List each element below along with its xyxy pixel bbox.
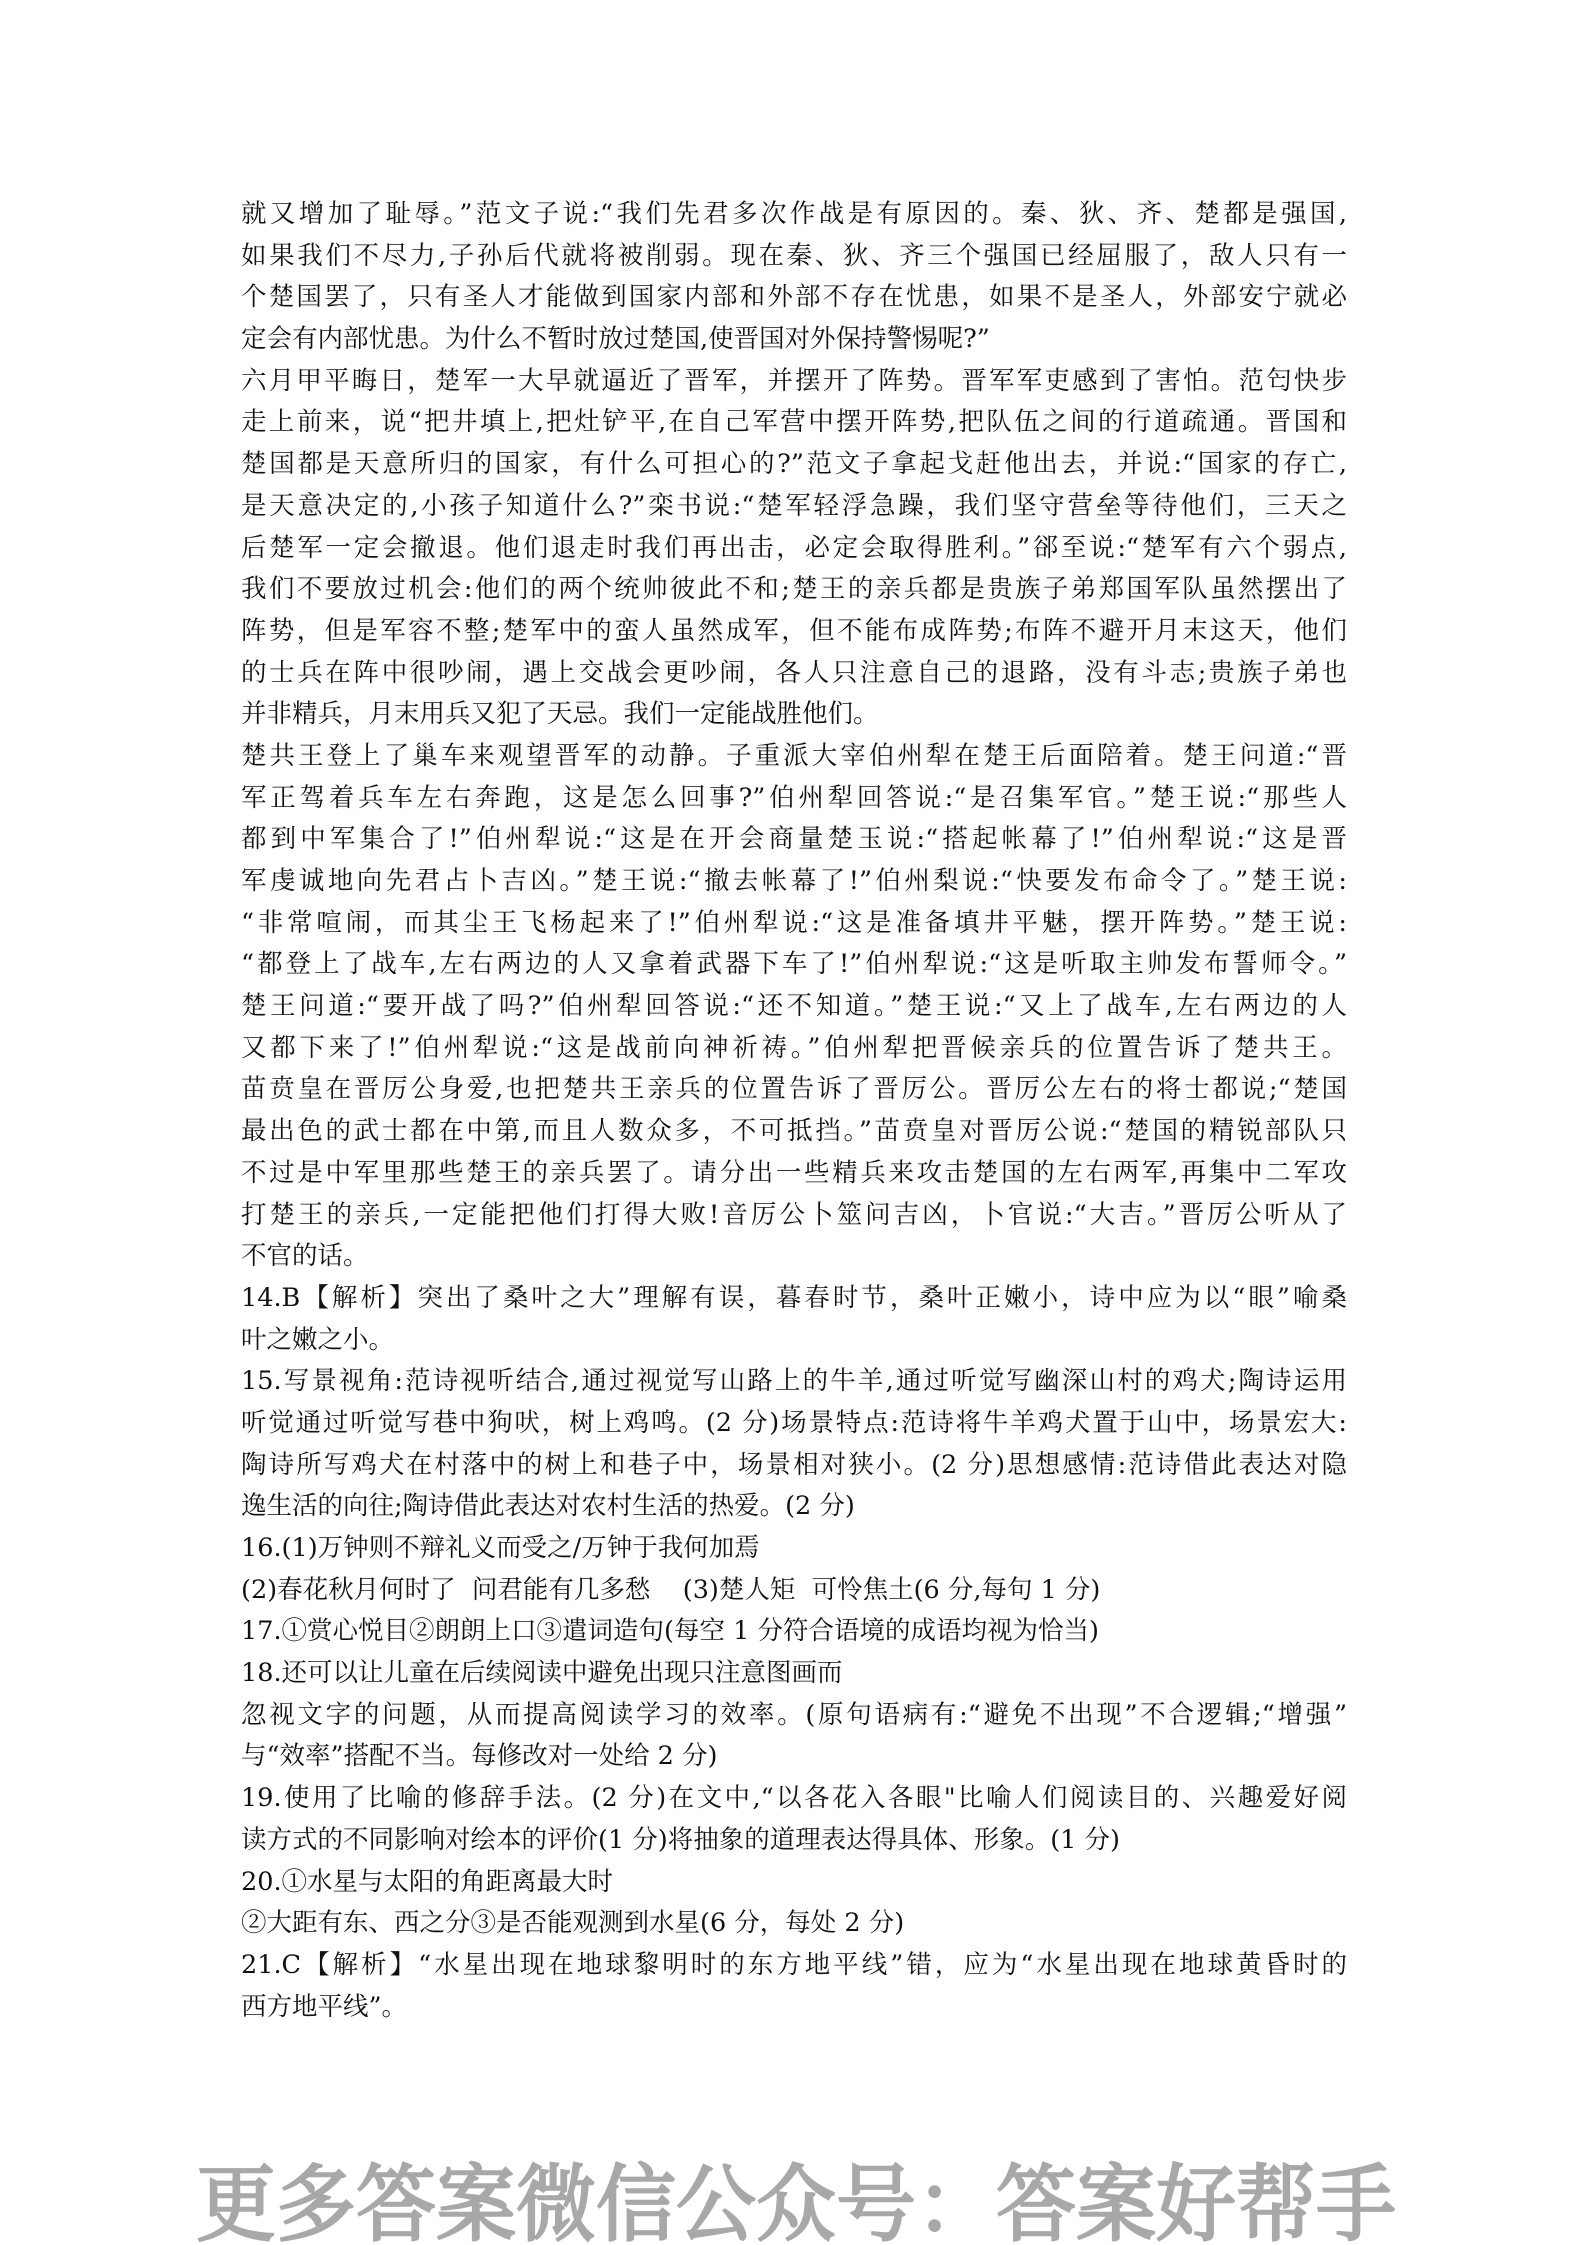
- text-line-5: 六月甲平晦日，楚军一大早就逼近了晋军，并摆开了阵势。晋军军吏感到了害怕。范匄快步: [241, 361, 1347, 403]
- answer-19-cont: 读方式的不同影响对绘本的评价(1 分)将抽象的道理表达得具体、形象。(1 分): [241, 1820, 1347, 1862]
- text-line-6: 走上前来，说“把井填上,把灶铲平,在自己军营中摆开阵势,把队伍之间的行道疏通。晋…: [241, 402, 1347, 444]
- text-line-23: 最出色的武士都在中第,而且人数众多，不可抵挡。”苗贲皇对晋厉公说:“楚国的精锐部…: [241, 1111, 1347, 1153]
- text-line-16: 都到中军集合了!”伯州犁说:“这是在开会商量楚玉说:“搭起帐幕了!”伯州犁说:“…: [241, 819, 1347, 861]
- text-line-22: 苗贲皇在晋厉公身爱,也把楚共王亲兵的位置告诉了晋厉公。晋厉公左右的将士都说;“楚…: [241, 1069, 1347, 1111]
- text-line-8: 是天意决定的,小孩子知道什么?”栾书说:“楚军轻浮急躁，我们坚守营垒等待他们，三…: [241, 486, 1347, 528]
- text-line-11: 阵势，但是军容不整;楚军中的蛮人虽然成军，但不能布成阵势;布阵不避开月末这天，他…: [241, 611, 1347, 653]
- answer-17: 17.①赏心悦目②朗朗上口③遣词造句(每空 1 分符合语境的成语均视为恰当): [241, 1611, 1347, 1653]
- answer-18: 18.还可以让儿童在后续阅读中避免出现只注意图画而: [241, 1653, 1347, 1695]
- text-line-20: 楚王问道:“要开战了吗?”伯州犁回答说:“还不知道。”楚王说:“又上了战车,左右…: [241, 986, 1347, 1028]
- text-line-17: 军虔诚地向先君占卜吉凶。”楚王说:“撤去帐幕了!”伯州梨说:“快要发布命令了。”…: [241, 861, 1347, 903]
- text-line-3: 个楚国罢了，只有圣人才能做到国家内部和外部不存在忧患，如果不是圣人，外部安宁就必: [241, 277, 1347, 319]
- answer-15: 15.写景视角:范诗视听结合,通过视觉写山路上的牛羊,通过听觉写幽深山村的鸡犬;…: [241, 1361, 1347, 1403]
- text-line-10: 我们不要放过机会:他们的两个统帅彼此不和;楚王的亲兵都是贵族子弟郑国军队虽然摆出…: [241, 569, 1347, 611]
- text-line-12: 的士兵在阵中很吵闹，遇上交战会更吵闹，各人只注意自己的退路，没有斗志;贵族子弟也: [241, 653, 1347, 695]
- text-line-1: 就又增加了耻辱。”范文子说:“我们先君多次作战是有原因的。秦、狄、齐、楚都是强国…: [241, 194, 1347, 236]
- answer-20: 20.①水星与太阳的角距离最大时: [241, 1862, 1347, 1904]
- answer-15-cont-3: 逸生活的向往;陶诗借此表达对农村生活的热爱。(2 分): [241, 1486, 1347, 1528]
- answer-21: 21.C【解析】“水星出现在地球黎明时的东方地平线”错，应为“水星出现在地球黄昏…: [241, 1945, 1347, 1987]
- answer-14: 14.B【解析】突出了桑叶之大”理解有误，暮春时节，桑叶正嫩小，诗中应为以“眼”…: [241, 1278, 1347, 1320]
- text-line-21: 又都下来了!”伯州犁说:“这是战前向神祈祷。”伯州犁把晋候亲兵的位置告诉了楚共王…: [241, 1028, 1347, 1070]
- answer-21-cont: 西方地平线”。: [241, 1987, 1347, 2029]
- text-line-9: 后楚军一定会撤退。他们退走时我们再出击，必定会取得胜利。”郤至说:“楚军有六个弱…: [241, 528, 1347, 570]
- watermark-banner: 更多答案微信公众号：答案好帮手: [196, 2158, 1396, 2245]
- answer-18-cont-1: 忽视文字的问题，从而提高阅读学习的效率。(原句语病有:“避免不出现”不合逻辑;“…: [241, 1695, 1347, 1737]
- document-body: 就又增加了耻辱。”范文子说:“我们先君多次作战是有原因的。秦、狄、齐、楚都是强国…: [241, 194, 1347, 2028]
- text-line-2: 如果我们不尽力,子孙后代就将被削弱。现在秦、狄、齐三个强国已经屈服了，敌人只有一: [241, 236, 1347, 278]
- answer-16-cont: (2)春花秋月何时了 问君能有几多愁 (3)楚人矩 可怜焦土(6 分,每句 1 …: [241, 1570, 1347, 1612]
- text-line-19: “都登上了战车,左右两边的人又拿着武器下车了!”伯州犁说:“这是听取主帅发布誓师…: [241, 944, 1347, 986]
- text-line-7: 楚国都是天意所归的国家，有什么可担心的?”范文子拿起戈赶他出去，并说:“国家的存…: [241, 444, 1347, 486]
- answer-20-cont: ②大距有东、西之分③是否能观测到水星(6 分，每处 2 分): [241, 1903, 1347, 1945]
- answer-15-cont-2: 陶诗所写鸡犬在村落中的树上和巷子中，场景相对狭小。(2 分)思想感情:范诗借此表…: [241, 1445, 1347, 1487]
- text-line-18: “非常喧闹，而其尘王飞杨起来了!”伯州犁说:“这是准备填井平魅，摆开阵势。”楚王…: [241, 903, 1347, 945]
- text-line-26: 不官的话。: [241, 1236, 1347, 1278]
- text-line-15: 军正驾着兵车左右奔跑，这是怎么回事?”伯州犁回答说:“是召集军官。”楚王说:“那…: [241, 778, 1347, 820]
- answer-14-cont: 叶之嫩之小。: [241, 1320, 1347, 1362]
- answer-18-cont-2: 与“效率”搭配不当。每修改对一处给 2 分): [241, 1736, 1347, 1778]
- text-line-25: 打楚王的亲兵,一定能把他们打得大败!音厉公卜筮问吉凶，卜官说:“大吉。”晋厉公听…: [241, 1195, 1347, 1237]
- answer-15-cont-1: 听觉通过听觉写巷中狗吠，树上鸡鸣。(2 分)场景特点:范诗将牛羊鸡犬置于山中，场…: [241, 1403, 1347, 1445]
- text-line-24: 不过是中军里那些楚王的亲兵罢了。请分出一些精兵来攻击楚国的左右两军,再集中二军攻: [241, 1153, 1347, 1195]
- text-line-14: 楚共王登上了巢车来观望晋军的动静。子重派大宰伯州犁在楚王后面陪着。楚王问道:“晋: [241, 736, 1347, 778]
- answer-16: 16.(1)万钟则不辩礼义而受之/万钟于我何加焉: [241, 1528, 1347, 1570]
- text-line-13: 并非精兵，月末用兵又犯了天忌。我们一定能战胜他们。: [241, 694, 1347, 736]
- answer-19: 19.使用了比喻的修辞手法。(2 分)在文中,“以各花入各眼"比喻人们阅读目的、…: [241, 1778, 1347, 1820]
- text-line-4: 定会有内部忧患。为什么不暂时放过楚国,使晋国对外保持警惕呢?”: [241, 319, 1347, 361]
